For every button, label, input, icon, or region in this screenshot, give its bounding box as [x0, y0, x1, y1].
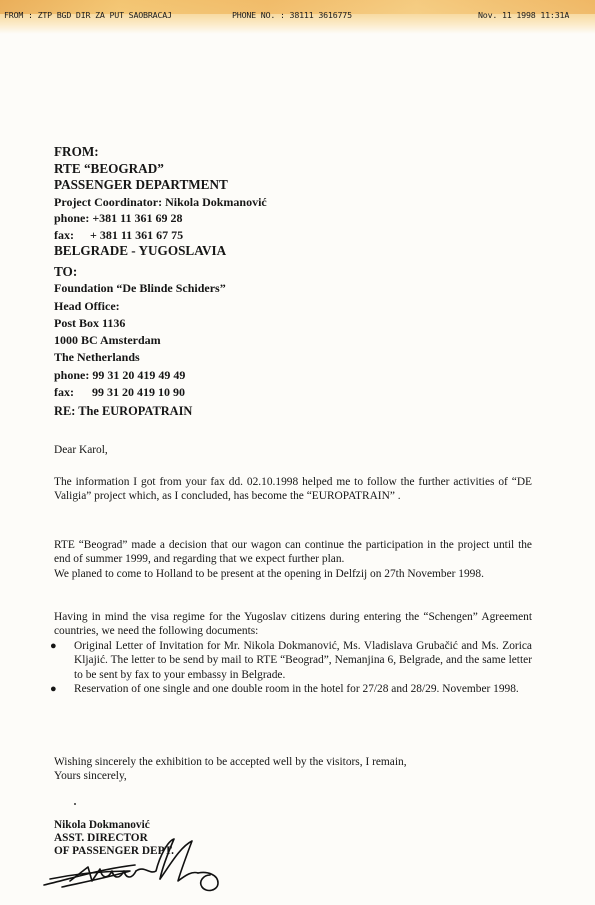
sender-fax-label: fax:	[54, 227, 90, 244]
sender-fax: fax:+ 381 11 361 67 75	[54, 227, 267, 244]
subject-line: RE: The EUROPATRAIN	[54, 404, 192, 419]
paragraph-4: Having in mind the visa regime for the Y…	[54, 610, 532, 639]
recipient-label: TO:	[54, 263, 226, 280]
recipient-block: TO: Foundation “De Blinde Schiders” Head…	[54, 263, 226, 401]
recipient-post-box: Post Box 1136	[54, 315, 226, 332]
bullet-icon: ●	[50, 639, 57, 653]
fax-header-from: FROM : ZTP BGD DIR ZA PUT SAOBRACAJ	[4, 10, 172, 20]
list-item-text: Reservation of one single and one double…	[74, 683, 519, 695]
recipient-fax-number: 99 31 20 419 10 90	[92, 385, 185, 399]
fax-header-phone: PHONE NO. : 38111 3616775	[232, 10, 352, 20]
closing-block: Wishing sincerely the exhibition to be a…	[54, 755, 532, 784]
recipient-phone: phone: 99 31 20 419 49 49	[54, 367, 226, 384]
recipient-office: Head Office:	[54, 298, 226, 315]
paragraph-3: We planed to come to Holland to be prese…	[54, 567, 532, 581]
paragraph-1: The information I got from your fax dd. …	[54, 475, 532, 504]
recipient-fax: fax:99 31 20 419 10 90	[54, 384, 226, 401]
sender-label: FROM:	[54, 144, 267, 161]
paragraph-4-group: Having in mind the visa regime for the Y…	[54, 610, 532, 696]
sender-coordinator: Project Coordinator: Nikola Dokmanović	[54, 194, 267, 211]
sender-organization: RTE “BEOGRAD”	[54, 161, 267, 178]
list-item: ●Reservation of one single and one doubl…	[54, 682, 532, 696]
document-list: ●Original Letter of Invitation for Mr. N…	[54, 639, 532, 697]
bullet-icon: ●	[50, 682, 57, 696]
paragraph-2: RTE “Beograd” made a decision that our w…	[54, 538, 532, 567]
fax-header-datetime: Nov. 11 1998 11:31A	[478, 10, 569, 20]
sender-block: FROM: RTE “BEOGRAD” PASSENGER DEPARTMENT…	[54, 144, 267, 260]
salutation: Dear Karol,	[54, 443, 532, 457]
recipient-country: The Netherlands	[54, 349, 226, 366]
sender-fax-number: + 381 11 361 67 75	[90, 228, 183, 242]
closing-sign-off: Yours sincerely,	[54, 769, 532, 783]
paragraph-2-group: RTE “Beograd” made a decision that our w…	[54, 538, 532, 581]
sender-department: PASSENGER DEPARTMENT	[54, 177, 267, 194]
list-item-text: Original Letter of Invitation for Mr. Ni…	[74, 640, 532, 681]
sender-phone: phone: +381 11 361 69 28	[54, 210, 267, 227]
handwritten-signature-icon	[40, 835, 240, 895]
signatory-name: Nikola Dokmanović	[54, 819, 174, 832]
closing-wish: Wishing sincerely the exhibition to be a…	[54, 755, 532, 769]
recipient-city: 1000 BC Amsterdam	[54, 332, 226, 349]
sender-city: BELGRADE - YUGOSLAVIA	[54, 243, 267, 260]
recipient-organization: Foundation “De Blinde Schiders”	[54, 280, 226, 297]
fax-speck	[74, 803, 76, 805]
list-item: ●Original Letter of Invitation for Mr. N…	[54, 639, 532, 682]
recipient-fax-label: fax:	[54, 384, 92, 401]
